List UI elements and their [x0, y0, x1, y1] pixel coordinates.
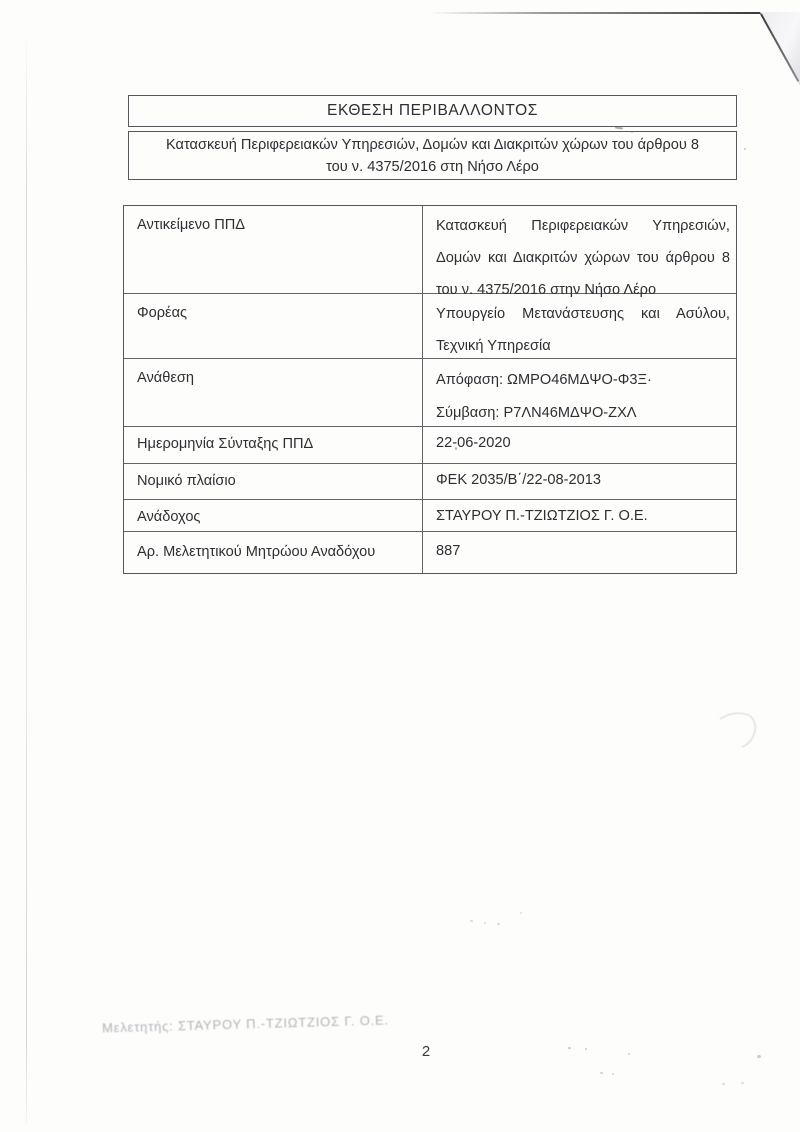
row-label: Νομικό πλαίσιο	[124, 464, 423, 499]
report-title-box: ΕΚΘΕΣΗ ΠΕΡΙΒΑΛΛΟΝΤΟΣ	[128, 95, 737, 127]
row-label: Αρ. Μελετητικού Μητρώου Αναδόχου	[124, 532, 423, 573]
row-value: Κατασκευή Περιφερειακών Υπηρεσιών, Δομών…	[423, 206, 736, 293]
footer-consultant-note: Μελετητής: ΣΤΑΥΡΟΥ Π.-ΤΖΙΩΤΖΙΟΣ Γ. Ο.Ε.	[102, 1012, 422, 1036]
scan-artifact-pencil-curve	[716, 703, 764, 753]
row-value: 887	[423, 532, 736, 573]
scanned-document-page: ΕΚΘΕΣΗ ΠΕΡΙΒΑΛΛΟΝΤΟΣ Κατασκευή Περιφερει…	[0, 0, 800, 1132]
decision-code: Απόφαση: ΩΜΡΟ46ΜΔΨΟ-Φ3Ξ·	[436, 364, 730, 397]
table-row: Αντικείμενο ΠΠΔ Κατασκευή Περιφερειακών …	[124, 206, 736, 294]
scan-artifact-speck	[744, 148, 746, 150]
row-label: Ανάθεση	[124, 359, 423, 426]
row-value: Υπουργείο Μετανάστευσης και Ασύλου, Τεχν…	[423, 294, 736, 358]
table-row: Φορέας Υπουργείο Μετανάστευσης και Ασύλο…	[124, 294, 736, 359]
scan-artifact-speck	[600, 1072, 603, 1074]
row-label: Ημερομηνία Σύνταξης ΠΠΔ	[124, 427, 423, 463]
scan-artifact-speck	[470, 920, 473, 922]
row-label: Φορέας	[124, 294, 423, 358]
project-subtitle-box: Κατασκευή Περιφερειακών Υπηρεσιών, Δομών…	[128, 131, 737, 180]
scan-artifact-speck	[722, 1083, 725, 1085]
scan-artifact-speck	[757, 1055, 761, 1058]
table-row: Αρ. Μελετητικού Μητρώου Αναδόχου 887	[124, 532, 736, 573]
scan-artifact-speck	[585, 1048, 587, 1050]
contract-code: Σύμβαση: Ρ7ΛΝ46ΜΔΨΟ-ΖΧΛ	[436, 397, 730, 430]
scan-artifact-speck	[612, 1073, 614, 1075]
row-value: ΦΕΚ 2035/Β΄/22-08-2013	[423, 464, 736, 499]
scan-artifact-speck	[497, 923, 500, 925]
project-subtitle: Κατασκευή Περιφερειακών Υπηρεσιών, Δομών…	[157, 134, 708, 178]
scan-artifact-speck	[520, 912, 522, 914]
row-value: 22-06-2020	[423, 427, 736, 463]
report-title: ΕΚΘΕΣΗ ΠΕΡΙΒΑΛΛΟΝΤΟΣ	[327, 102, 538, 120]
table-row: Ημερομηνία Σύνταξης ΠΠΔ 22-06-2020	[124, 427, 736, 464]
scan-artifact-speck	[741, 1082, 744, 1084]
scan-artifact-speck	[484, 922, 486, 924]
page-number: 2	[408, 1043, 444, 1060]
table-row: Ανάδοχος ΣΤΑΥΡΟΥ Π.-ΤΖΙΩΤΖΙΟΣ Γ. Ο.Ε.	[124, 500, 736, 532]
table-row: Νομικό πλαίσιο ΦΕΚ 2035/Β΄/22-08-2013	[124, 464, 736, 500]
row-label: Ανάδοχος	[124, 500, 423, 531]
table-row: Ανάθεση Απόφαση: ΩΜΡΟ46ΜΔΨΟ-Φ3Ξ· Σύμβαση…	[124, 359, 736, 427]
row-label: Αντικείμενο ΠΠΔ	[124, 206, 423, 293]
row-value: ΣΤΑΥΡΟΥ Π.-ΤΖΙΩΤΖΙΟΣ Γ. Ο.Ε.	[423, 500, 736, 531]
scan-artifact-left-edge-line	[26, 28, 27, 1124]
project-info-table: Αντικείμενο ΠΠΔ Κατασκευή Περιφερειακών …	[123, 205, 737, 574]
scan-artifact-speck	[628, 1053, 630, 1055]
scan-artifact-speck	[568, 1047, 571, 1049]
scan-artifact-top-edge-line	[430, 12, 763, 14]
row-value: Απόφαση: ΩΜΡΟ46ΜΔΨΟ-Φ3Ξ· Σύμβαση: Ρ7ΛΝ46…	[423, 359, 736, 426]
